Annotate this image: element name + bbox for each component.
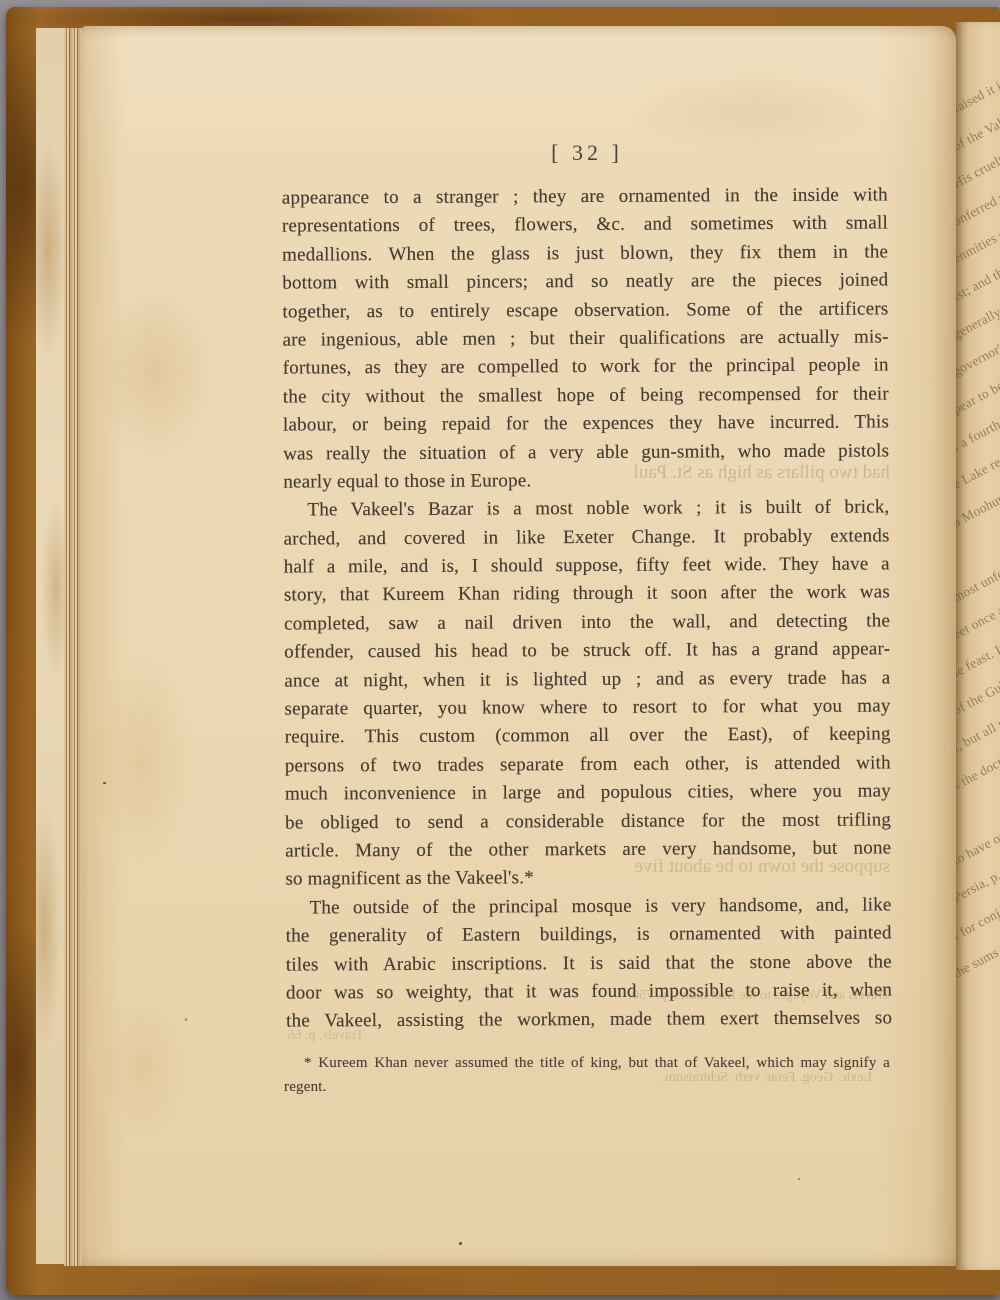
paper-speck — [185, 1018, 187, 1021]
text-line: appearance to a stranger ; they are orna… — [282, 181, 888, 213]
text-line: the generality of Eastern buildings, is … — [286, 920, 892, 952]
paper-speck — [798, 1178, 800, 1180]
text-line: the city without the smallest hope of be… — [283, 380, 889, 412]
text-line: labour, or being repaid for the expences… — [283, 409, 889, 441]
text-line: completed, saw a nail driven into the wa… — [284, 607, 890, 639]
text-line: tiles with Arabic inscriptions. It is sa… — [286, 948, 892, 980]
page-edge-stack — [64, 28, 84, 1266]
text-line: article. Many of the other markets are v… — [285, 834, 891, 866]
text-line: separate quarter, you know where to reso… — [284, 692, 890, 724]
text-line: The outside of the principal mosque is v… — [285, 891, 891, 923]
paragraph: The Vakeel's Bazar is a most noble work … — [283, 494, 891, 895]
text-line: ance at night, when it is lighted up ; a… — [284, 664, 890, 696]
text-line: together, as to entirely escape observat… — [282, 295, 888, 327]
text-line: arched, and covered in like Exeter Chang… — [284, 522, 890, 554]
text-line: so magnificent as the Vakeel's.* — [285, 863, 891, 895]
paper-speck — [103, 782, 106, 784]
text-line: are ingenious, able men ; but their qual… — [283, 323, 889, 355]
text-line: was really the situation of a very able … — [283, 437, 889, 469]
paragraph: The outside of the principal mosque is v… — [285, 891, 892, 1036]
text-line: story, that Kureem Khan riding through i… — [284, 579, 890, 611]
book-photograph: had two pillars as high as St. Paul supp… — [0, 0, 1000, 1300]
page-fore-edge — [36, 28, 66, 1264]
text-line: fortunes, as they are compelled to work … — [283, 352, 889, 384]
book-page: had two pillars as high as St. Paul supp… — [82, 26, 956, 1266]
paragraph: appearance to a stranger ; they are orna… — [282, 181, 890, 496]
text-line: nearly equal to those in Europe. — [283, 465, 889, 497]
text-line: half a mile, and is, I should suppose, f… — [284, 550, 890, 582]
text-line: require. This custom (common all over th… — [285, 721, 891, 753]
text-line: much inconvenience in large and populous… — [285, 778, 891, 810]
text-line: persons of two trades separate from each… — [285, 749, 891, 781]
paper-stain — [86, 646, 196, 876]
text-line: The Vakeel's Bazar is a most noble work … — [283, 494, 889, 526]
text-line: bottom with small pincers; and so neatly… — [282, 267, 888, 299]
next-page-text: raised it inof the Vakeel,His cruelties … — [961, 100, 1000, 1002]
paper-stain — [90, 276, 220, 466]
text-line: be obliged to send a considerable distan… — [285, 806, 891, 838]
text-line: medallions. When the glass is just blown… — [282, 238, 888, 270]
text-line: offender, caused his head to be struck o… — [284, 636, 890, 668]
text-block: appearance to a stranger ; they are orna… — [282, 181, 892, 1036]
paper-stain — [96, 986, 191, 1146]
text-line: representations of trees, flowers, &c. a… — [282, 210, 888, 242]
page-number: [ 32 ] — [284, 140, 890, 166]
text-line: the Vakeel, assisting the workmen, made … — [286, 1005, 892, 1037]
footnote-line: regent. — [284, 1075, 890, 1099]
paper-speck — [459, 1242, 462, 1245]
footnote: * Kureem Khan never assumed the title of… — [284, 1051, 890, 1099]
footnote-line: * Kureem Khan never assumed the title of… — [284, 1051, 890, 1075]
text-line: door was so weighty, that it was found i… — [286, 976, 892, 1008]
adjacent-page-edge: raised it inof the Vakeel,His cruelties … — [956, 22, 1000, 1270]
